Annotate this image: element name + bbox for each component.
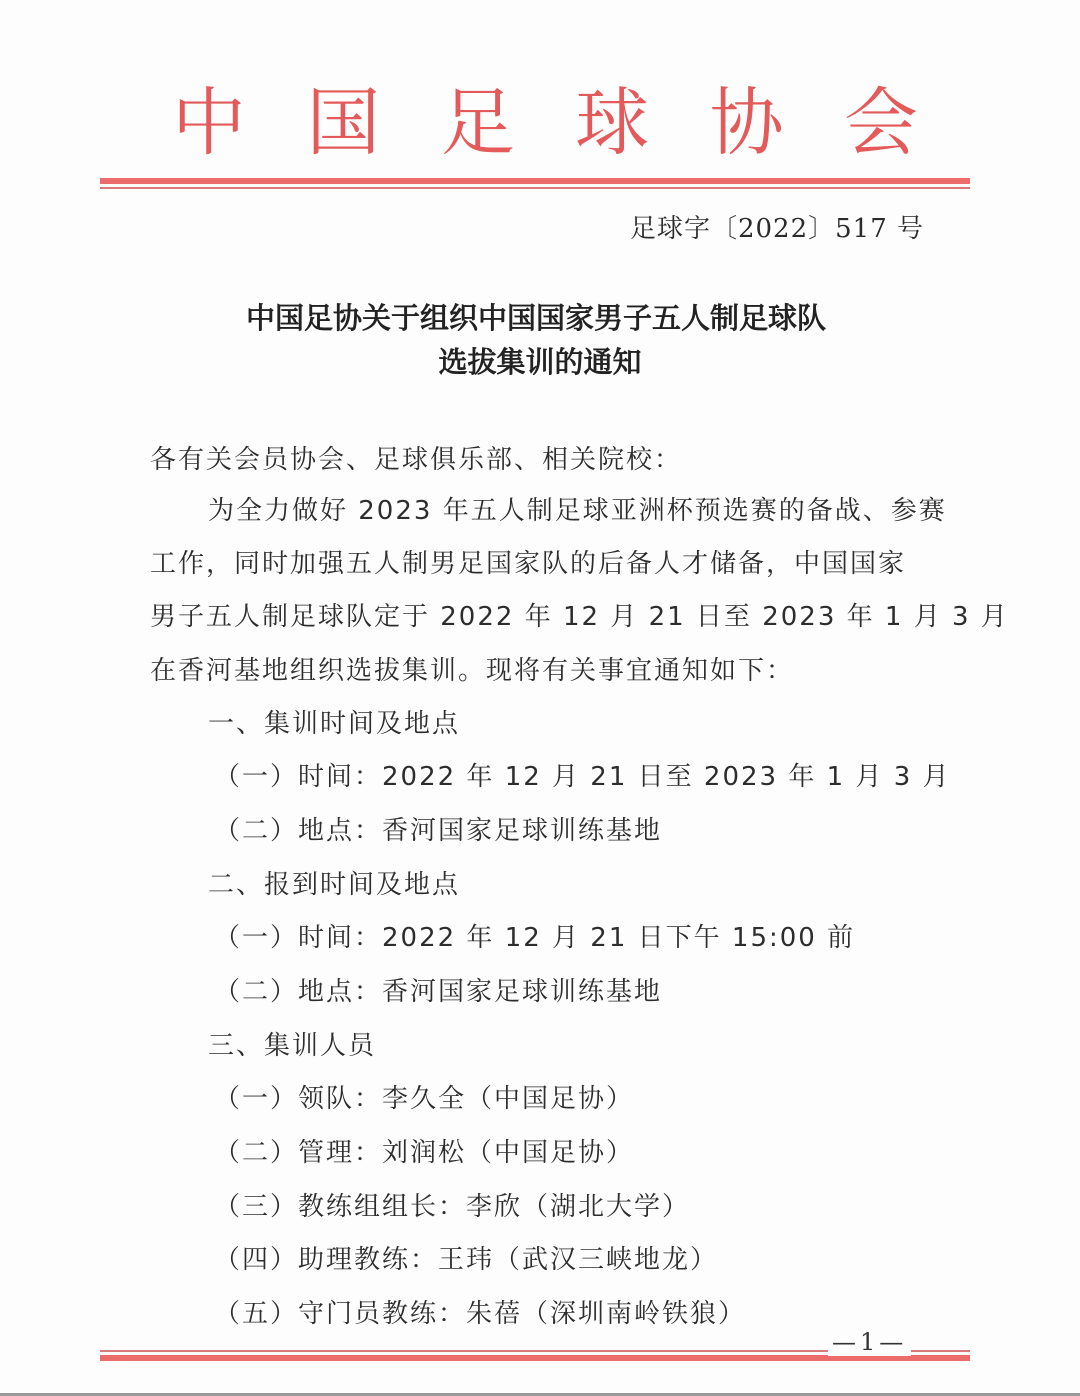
letterhead-char: 中 <box>172 86 246 160</box>
section-item: （四）助理教练：王玮（武汉三峡地龙） <box>214 1234 994 1286</box>
letterhead-char: 球 <box>575 86 649 160</box>
section-item: （一）时间：2022 年 12 月 21 日至 2023 年 1 月 3 月 <box>214 751 994 803</box>
letterhead-char: 国 <box>306 86 380 160</box>
section-item: （一）时间：2022 年 12 月 21 日下午 15:00 前 <box>214 912 994 964</box>
section-item: （二）地点：香河国家足球训练基地 <box>214 966 994 1018</box>
header-divider <box>100 178 970 189</box>
letterhead-char: 协 <box>710 86 784 160</box>
letterhead-title: 中 国 足 球 协 会 <box>100 78 980 168</box>
intro-line: 男子五人制足球队定于 2022 年 12 月 21 日至 2023 年 1 月 … <box>150 591 930 643</box>
section-item: （二）管理：刘润松（中国足协） <box>214 1127 994 1179</box>
section-item: （二）地点：香河国家足球训练基地 <box>214 805 994 857</box>
section-heading: 二、报到时间及地点 <box>208 859 988 911</box>
letterhead-char: 会 <box>844 86 918 160</box>
salutation: 各有关会员协会、足球俱乐部、相关院校： <box>150 434 930 486</box>
document-page: 中 国 足 球 协 会 足球字〔2022〕517 号 中国足协关于组织中国国家男… <box>0 0 1080 1396</box>
document-title-line1: 中国足协关于组织中国国家男子五人制足球队 <box>0 294 1076 342</box>
section-item: （三）教练组组长：李欣（湖北大学） <box>214 1181 994 1233</box>
page-number: —1— <box>828 1328 911 1356</box>
section-heading: 一、集训时间及地点 <box>208 698 988 750</box>
document-number: 足球字〔2022〕517 号 <box>630 208 924 245</box>
section-item: （一）领队：李久全（中国足协） <box>214 1073 994 1125</box>
letterhead-char: 足 <box>441 86 515 160</box>
intro-line: 为全力做好 2023 年五人制足球亚洲杯预选赛的备战、参赛 <box>208 485 988 537</box>
section-heading: 三、集训人员 <box>208 1020 988 1072</box>
intro-line: 工作，同时加强五人制男足国家队的后备人才储备，中国国家 <box>150 538 930 590</box>
document-title-line2: 选拔集训的通知 <box>0 338 1080 386</box>
intro-line: 在香河基地组织选拔集训。现将有关事宜通知如下： <box>150 645 930 697</box>
